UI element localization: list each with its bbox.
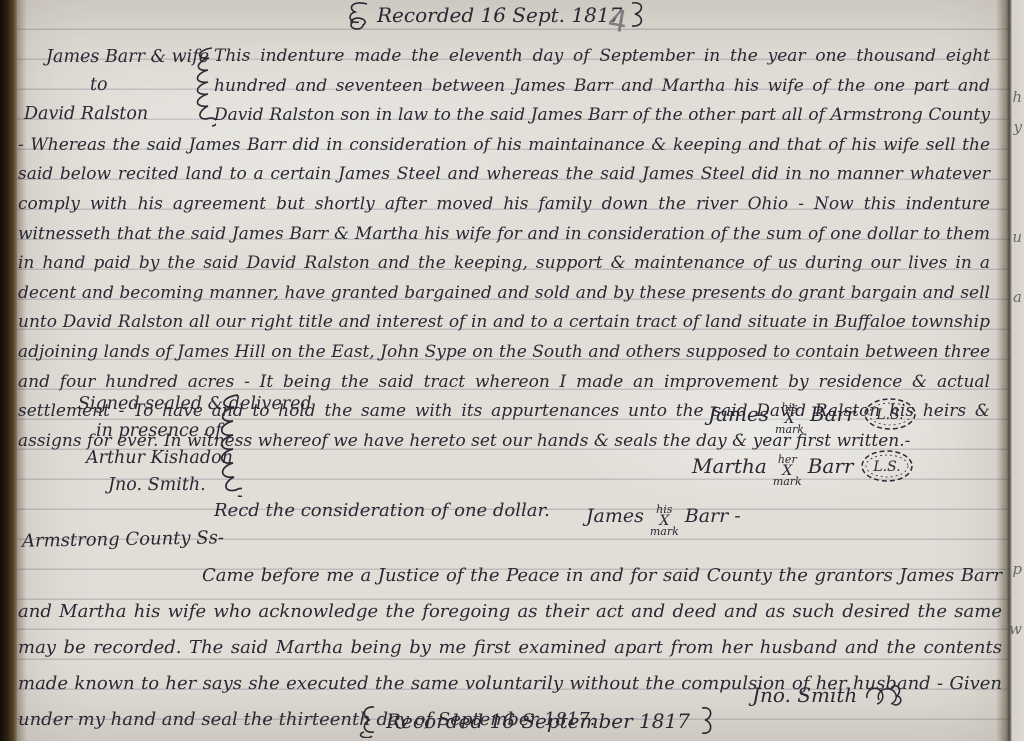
signer-last-name: Barr — [810, 402, 856, 426]
attestation-section: Signed sealed & delivered in presence of… — [18, 391, 1008, 511]
her-mark: her X mark — [773, 455, 802, 487]
edge-text-fragment: h — [1012, 88, 1022, 106]
signer-last-name: Barr — [808, 454, 854, 478]
seal-icon: L.S. — [858, 447, 916, 485]
mark-label-bottom: mark — [773, 477, 802, 487]
party-connector: to — [18, 72, 214, 98]
signer-first-name: Martha — [692, 454, 767, 478]
signer-first-name: James — [708, 402, 769, 426]
receipt-signature: James his X mark Barr - — [586, 500, 741, 532]
receipt-text: Recd the consideration of one dollar. — [214, 500, 550, 521]
justice-signature: Jno. Smith — [752, 680, 905, 710]
brace-coil-icon — [194, 46, 216, 130]
book-binding-edge — [0, 0, 17, 741]
brace-coil-icon — [218, 393, 242, 497]
seal-text: L.S. — [875, 407, 903, 423]
edge-text-fragment: y — [1014, 118, 1022, 136]
edge-text-fragment: u — [1012, 228, 1022, 246]
margin-party-index: James Barr & wife to David Ralston — [18, 42, 214, 130]
seal-icon: L.S. — [861, 395, 919, 433]
seal-flourish-icon — [863, 680, 905, 710]
signature-james-barr: James his X mark Barr L.S. — [708, 391, 1018, 437]
grantor-name: James Barr & wife — [18, 42, 214, 72]
consideration-receipt: Recd the consideration of one dollar. Ja… — [214, 500, 741, 532]
top-note-text: Recorded 16 Sept. 1817 — [377, 3, 622, 27]
edge-text-fragment: a — [1013, 288, 1022, 306]
signer-first-name: James — [586, 505, 644, 527]
flourish-icon — [628, 0, 646, 30]
mark-label-bottom: mark — [775, 425, 804, 435]
his-mark: his X mark — [775, 403, 804, 435]
attestation-line: in presence of — [78, 418, 312, 445]
mark-label-bottom: mark — [650, 527, 679, 537]
justice-name: Jno. Smith — [752, 683, 857, 707]
edge-text-fragment: w — [1009, 620, 1022, 638]
grantee-name: David Ralston — [18, 98, 214, 130]
flourish-icon — [358, 704, 378, 738]
his-mark: his X mark — [650, 505, 679, 537]
signature-block: James his X mark Barr L.S. Martha her X — [708, 391, 1018, 489]
flourish-icon — [698, 704, 716, 738]
seal-text: L.S. — [873, 459, 901, 475]
signature-martha-barr: Martha her X mark Barr L.S. — [692, 443, 1018, 489]
witness-name: Jno. Smith. — [78, 472, 312, 499]
flourish-icon — [345, 0, 371, 30]
attestation-line: Signed sealed & delivered — [78, 391, 312, 418]
top-recording-note: Recorded 16 Sept. 1817 — [345, 0, 646, 30]
deed-book-page: h y u a p w Recorded 16 Sept. 1817 4 Jam… — [0, 0, 1024, 741]
witness-name: Arthur Kishadon — [78, 445, 312, 472]
edge-text-fragment: p — [1012, 560, 1022, 578]
signer-last-name: Barr - — [685, 505, 741, 527]
bottom-recording-note: Recorded 16 September 1817 — [358, 704, 716, 738]
bottom-note-text: Recorded 16 September 1817 — [386, 709, 690, 733]
county-heading: Armstrong County Ss- — [22, 527, 224, 552]
attestation-clause: Signed sealed & delivered in presence of… — [78, 391, 312, 499]
